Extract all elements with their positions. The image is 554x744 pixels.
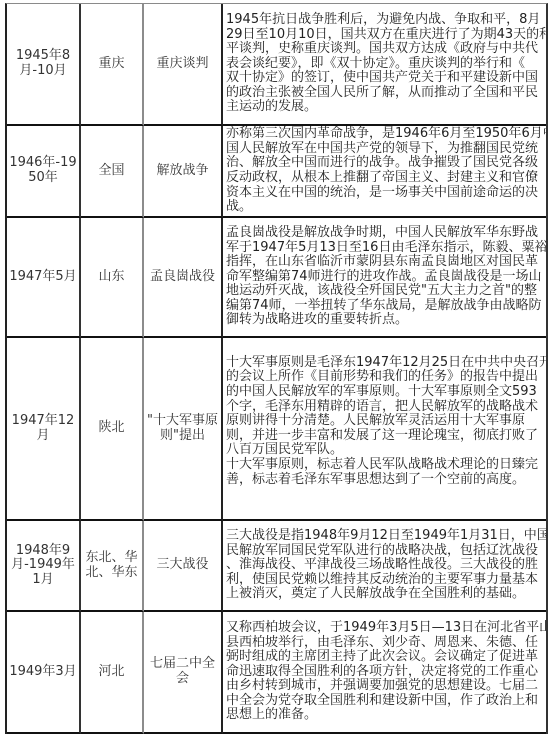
place-cell: 河北 [81, 612, 144, 734]
date-cell: 1946年-1950年 [7, 126, 81, 218]
event-cell: 七届二中全会 [144, 612, 223, 734]
description-line: 又称西柏坡会议，于1949年3月5日—13日在河北省平山 [226, 621, 546, 636]
description-line: 1945年抗日战争胜利后，为避免内战、争取和平，8月 [226, 13, 546, 28]
history-events-table: 1945年8月-10月 重庆 重庆谈判 1945年抗日战争胜利后，为避免内战、争… [5, 3, 548, 734]
place-cell: 重庆 [81, 4, 144, 126]
description-line: 的会议上所作《目前形势和我们的任务》的报告中提出 [226, 370, 546, 385]
description-line: 三大战役是指1948年9月12日至1949年1月31日，中国人 [226, 529, 546, 544]
description-line: 、淮海战役、平津战役三场战略性战役。三大战役的胜 [226, 558, 546, 573]
event-cell: 解放战争 [144, 126, 223, 218]
description-line: 原则讲得十分清楚。人民解放军灵活运用十大军事原 [226, 414, 546, 429]
place-cell: 东北、华北、华东 [81, 521, 144, 612]
description-line: 的中国人民解放军的军事原则。十大军事原则全文593 [226, 385, 546, 400]
description-line: 善，标志着毛泽东军事思想达到了一个空前的高度。 [226, 473, 546, 488]
description-line: 十大军事原则，标志着人民军队战略战术理论的日臻完 [226, 458, 546, 473]
description-line: 八百万国民党军队。 [226, 443, 546, 458]
description-line: 由乡村转到城市，并强调要加强党的思想建设。七届二 [226, 679, 546, 694]
event-cell: 孟良崮战役 [144, 218, 223, 338]
date-cell: 1948年9月-1949年1月 [7, 521, 81, 612]
description-cell: 亦称第三次国内革命战争，是1946年6月至1950年6月中 国人民解放军在中国共… [223, 126, 546, 218]
description-line: 指挥，在山东省临沂市蒙阴县东南孟良崮地区对国民革 [226, 255, 546, 270]
description-line: 双十协定》的签订，使中国共产党关于和平建设新中国 [226, 71, 546, 86]
description-line: 上被消灭，奠定了人民解放战争在全国胜利的基础。 [226, 587, 546, 602]
event-cell: 三大战役 [144, 521, 223, 612]
place-cell: 山东 [81, 218, 144, 338]
description-text: 1945年抗日战争胜利后，为避免内战、争取和平，8月 29日至10月10日，国共… [226, 13, 546, 115]
description-line: 主运动的发展。 [226, 100, 546, 115]
description-line: 县西柏坡举行，由毛泽东、刘少奇、周恩来、朱德、任 [226, 636, 546, 651]
description-text: 三大战役是指1948年9月12日至1949年1月31日，中国人 民解放军同国民党… [226, 529, 546, 602]
description-line: 思想上的准备。 [226, 708, 546, 723]
place-cell: 陕北 [81, 338, 144, 521]
date-cell: 1947年5月 [7, 218, 81, 338]
description-line: 战。 [226, 200, 546, 215]
date-cell: 1949年3月 [7, 612, 81, 734]
description-text: 十大军事原则是毛泽东1947年12月25日在中共中央召开 的会议上所作《目前形势… [226, 356, 546, 487]
description-text: 亦称第三次国内革命战争，是1946年6月至1950年6月中 国人民解放军在中国共… [226, 127, 546, 215]
description-cell: 1945年抗日战争胜利后，为避免内战、争取和平，8月 29日至10月10日，国共… [223, 4, 546, 126]
date-cell: 1947年12月 [7, 338, 81, 521]
description-cell: 十大军事原则是毛泽东1947年12月25日在中共中央召开 的会议上所作《目前形势… [223, 338, 546, 521]
description-line: 亦称第三次国内革命战争，是1946年6月至1950年6月中 [226, 127, 546, 142]
description-line: 军于1947年5月13日至16日由毛泽东指示，陈毅、粟裕 [226, 241, 546, 256]
description-line: 个字，毛泽东用精辟的语言，把人民解放军的战略战术 [226, 400, 546, 415]
description-text: 孟良崮战役是解放战争时期，中国人民解放军华东野战 军于1947年5月13日至16… [226, 226, 546, 328]
event-cell: 重庆谈判 [144, 4, 223, 126]
description-cell: 三大战役是指1948年9月12日至1949年1月31日，中国人 民解放军同国民党… [223, 521, 546, 612]
description-line: 资本主义在中国的统治，是一场事关中国前途命运的决 [226, 186, 546, 201]
description-line: 反动政权，从根本上推翻了帝国主义、封建主义和官僚 [226, 171, 546, 186]
description-line: 地运动歼灭战，该战役全歼国民党"五大主力之首"的整 [226, 284, 546, 299]
description-line: 御转为战略进攻的重要转折点。 [226, 313, 546, 328]
description-text: 又称西柏坡会议，于1949年3月5日—13日在河北省平山 县西柏坡举行，由毛泽东… [226, 621, 546, 723]
description-line: 民解放军同国民党军队进行的战略决战，包括辽沈战役 [226, 544, 546, 559]
event-cell: "十大军事原则"提出 [144, 338, 223, 521]
description-cell: 孟良崮战役是解放战争时期，中国人民解放军华东野战 军于1947年5月13日至16… [223, 218, 546, 338]
description-line: 孟良崮战役是解放战争时期，中国人民解放军华东野战 [226, 226, 546, 241]
description-line: 弼时组成的主席团主持了此次会议。会议确定了促进革 [226, 650, 546, 665]
date-cell: 1945年8月-10月 [7, 4, 81, 126]
description-line: 29日至10月10日，国共双方在重庆进行了为期43天的和 [226, 28, 546, 43]
place-cell: 全国 [81, 126, 144, 218]
description-line: 平谈判，史称重庆谈判。国共双方达成《政府与中共代 [226, 42, 546, 57]
description-cell: 又称西柏坡会议，于1949年3月5日—13日在河北省平山 县西柏坡举行，由毛泽东… [223, 612, 546, 734]
description-line: 治、解放全中国而进行的战争。战争摧毁了国民党各级 [226, 156, 546, 171]
